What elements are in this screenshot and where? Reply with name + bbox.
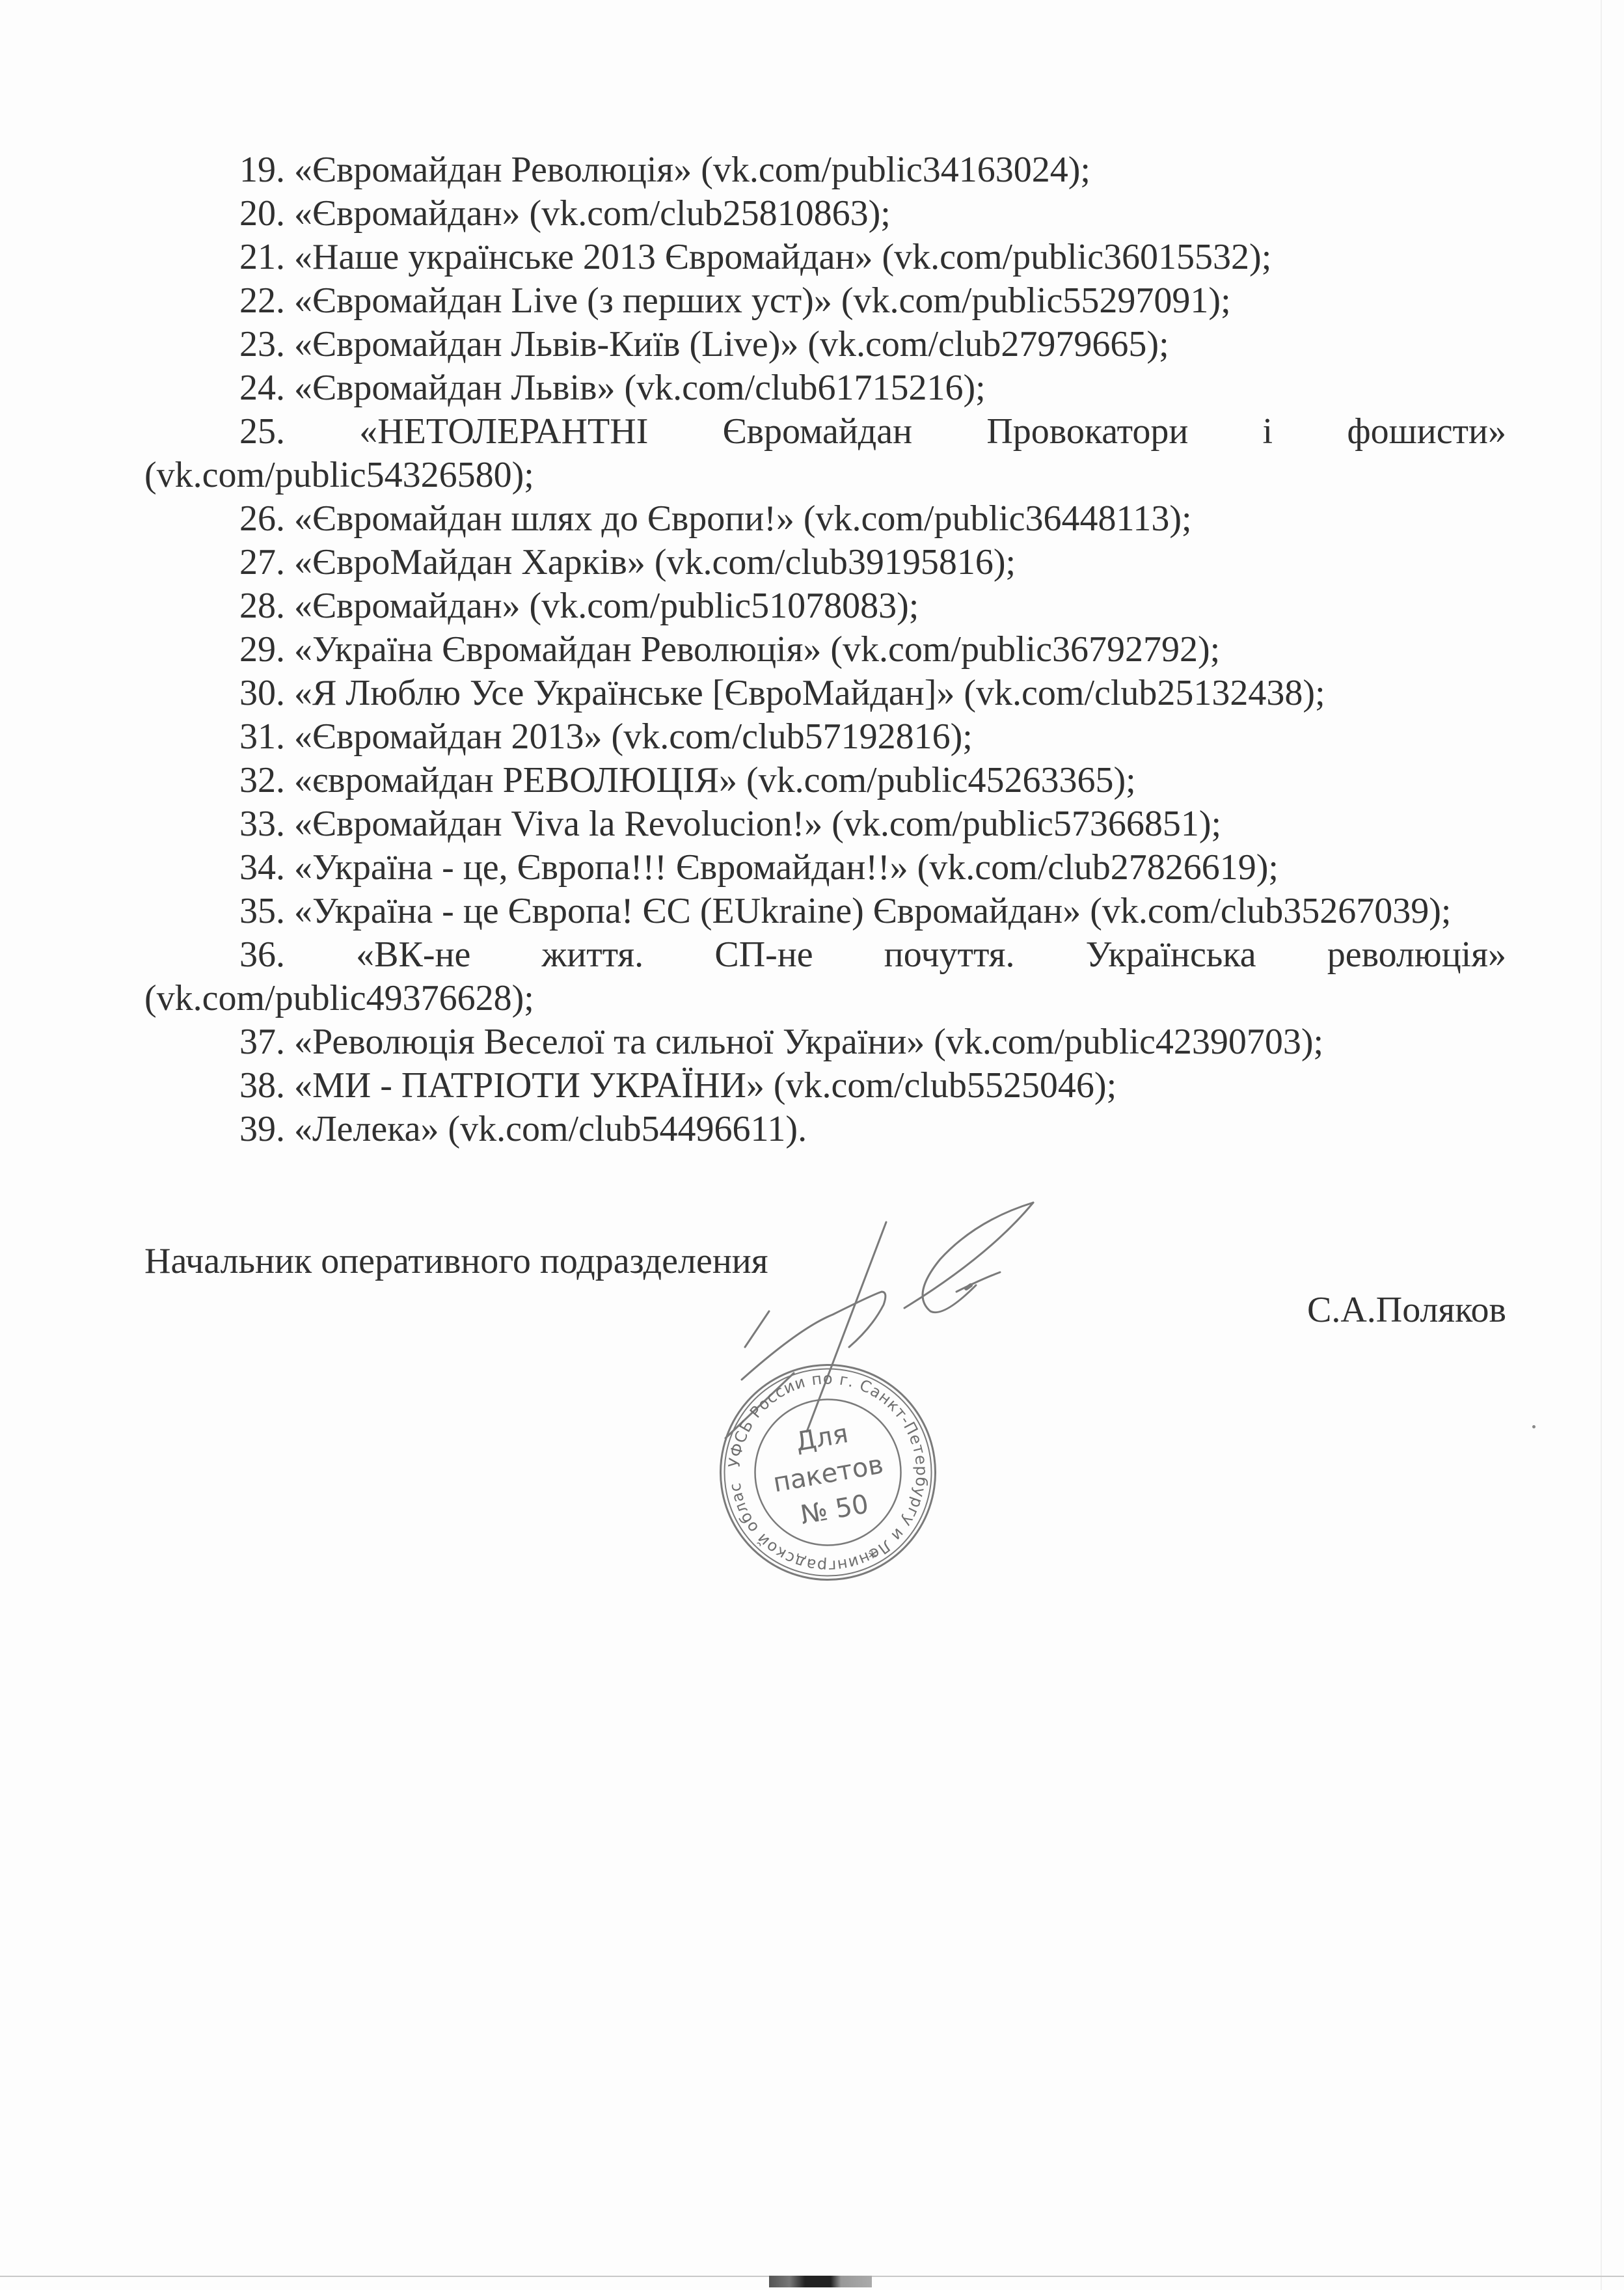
list-item: 38. «МИ - ПАТРІОТИ УКРАЇНИ» (vk.com/club…: [144, 1064, 1506, 1108]
official-stamp: УФСБ России по г. Санкт-Петербургу и Лен…: [716, 1360, 940, 1585]
list-item: 21. «Наше українське 2013 Євромайдан» (v…: [144, 236, 1506, 279]
scan-page-edge: [1601, 0, 1602, 2290]
list-item-line2: (vk.com/public49376628);: [144, 977, 1506, 1020]
list-item: 26. «Євромайдан шлях до Європи!» (vk.com…: [144, 497, 1506, 541]
list-item: 28. «Євромайдан» (vk.com/public51078083)…: [144, 584, 1506, 628]
list-item: 34. «Україна - це, Європа!!! Євромайдан!…: [144, 846, 1506, 890]
list-item-wrapped: 25. «НЕТОЛЕРАНТНІ Євромайдан Провокатори…: [144, 410, 1506, 497]
list-item: 37. «Революція Веселої та сильної Україн…: [144, 1020, 1506, 1064]
list-item: 30. «Я Люблю Усе Українське [ЄвроМайдан]…: [144, 672, 1506, 715]
list-item-line1: 25. «НЕТОЛЕРАНТНІ Євромайдан Провокатори…: [144, 410, 1506, 454]
list-item: 24. «Євромайдан Львів» (vk.com/club61715…: [144, 366, 1506, 410]
list-item: 31. «Євромайдан 2013» (vk.com/club571928…: [144, 715, 1506, 759]
stamp-center-line2: пакетов: [771, 1449, 886, 1498]
list-item: 19. «Євромайдан Революція» (vk.com/publi…: [144, 148, 1506, 192]
list-item: 32. «євромайдан РЕВОЛЮЦІЯ» (vk.com/publi…: [144, 759, 1506, 802]
list-item-line1: 36. «ВК-не життя. СП-не почуття. Українс…: [144, 933, 1506, 977]
list-item: 29. «Україна Євромайдан Революція» (vk.c…: [144, 628, 1506, 672]
list-item: 35. «Україна - це Європа! ЄС (EUkraine) …: [144, 890, 1506, 933]
signatory-title: Начальник оперативного подразделения: [144, 1240, 768, 1283]
group-list: 19. «Євромайдан Революція» (vk.com/publi…: [144, 148, 1506, 1151]
list-item: 39. «Лелека» (vk.com/club54496611).: [144, 1108, 1506, 1151]
scan-bottom-artifact: [769, 2276, 872, 2287]
list-item: 22. «Євромайдан Live (з перших уст)» (vk…: [144, 279, 1506, 323]
list-item: 20. «Євромайдан» (vk.com/club25810863);: [144, 192, 1506, 236]
stamp-center-line3: № 50: [798, 1489, 871, 1531]
stamp-center-line1: Для: [793, 1419, 850, 1457]
list-item: 27. «ЄвроМайдан Харків» (vk.com/club3919…: [144, 541, 1506, 584]
list-item-line2: (vk.com/public54326580);: [144, 454, 1506, 497]
list-item: 33. «Євромайдан Viva la Revolucion!» (vk…: [144, 802, 1506, 846]
document-page: 19. «Євромайдан Революція» (vk.com/publi…: [0, 0, 1624, 2290]
scan-speck: [1532, 1425, 1536, 1428]
signatory-name: С.А.Поляков: [1307, 1288, 1506, 1332]
list-item: 23. «Євромайдан Львів-Київ (Live)» (vk.c…: [144, 323, 1506, 366]
list-item-wrapped: 36. «ВК-не життя. СП-не почуття. Українс…: [144, 933, 1506, 1020]
